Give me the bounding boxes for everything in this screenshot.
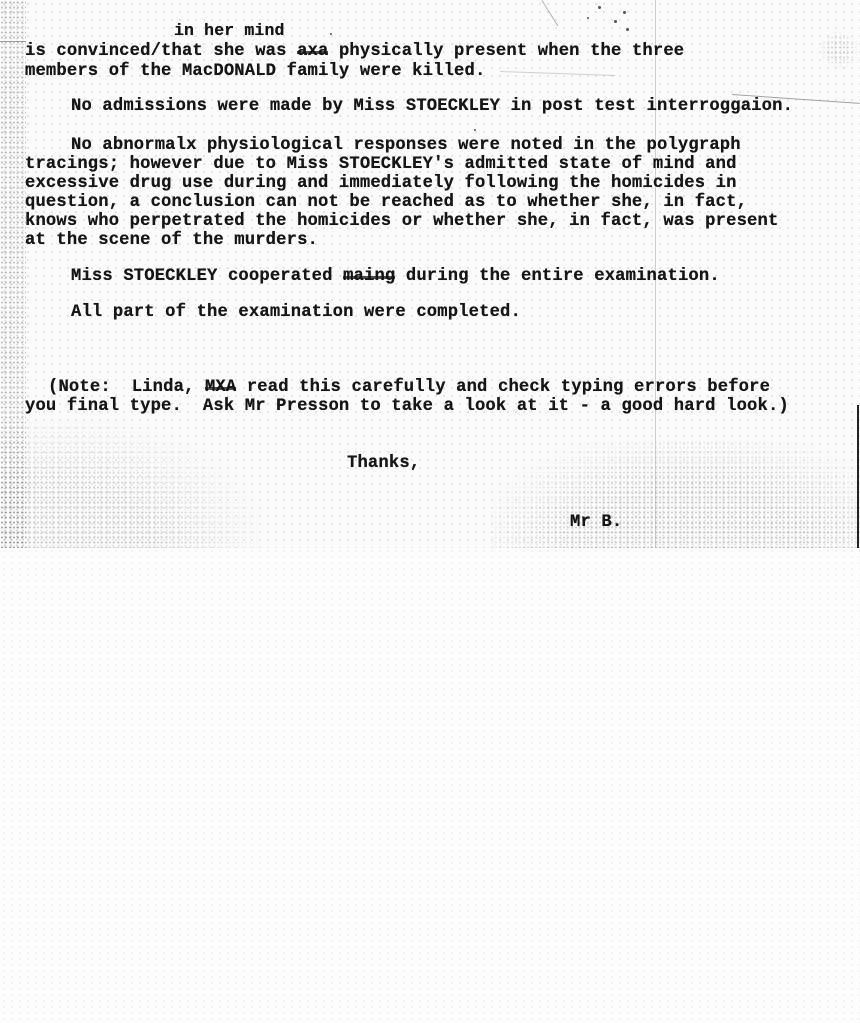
handwritten-insertion: in her mind [174, 23, 285, 40]
text: physically present when the three [328, 42, 684, 61]
bottom-left-smudge [0, 420, 260, 548]
top-right-smudge [818, 30, 860, 70]
left-edge-smudge [0, 0, 26, 548]
bottom-right-smudge [490, 440, 860, 548]
paragraph-3-line-6: at the scene of the murders. [25, 232, 318, 249]
signature: Mr B. [570, 514, 622, 531]
paragraph-3-line-2: tracings; however due to Miss STOECKLEY'… [25, 156, 737, 173]
text: (Note: Linda, [48, 378, 205, 397]
struck-text: axa [297, 43, 328, 60]
stray-scratch [542, 0, 559, 26]
blank-lower-area [0, 548, 860, 1023]
text: Miss STOECKLEY cooperated [71, 267, 343, 286]
note-line-2: you final type. Ask Mr Presson to take a… [25, 398, 789, 415]
note-line-1: (Note: Linda, MXA read this carefully an… [48, 379, 770, 396]
ink-speck [330, 33, 332, 35]
ink-speck [623, 11, 626, 14]
text: read this carefully and check typing err… [236, 378, 770, 397]
stray-scratch [500, 71, 615, 76]
text: is convinced/that she was [25, 42, 297, 61]
ink-speck [614, 20, 617, 23]
paragraph-3-line-5: knows who perpetrated the homicides or w… [25, 213, 778, 230]
margin-scratch [0, 41, 26, 42]
typed-memo-page: in her mind is convinced/that she was ax… [0, 0, 860, 548]
paragraph-5: All part of the examination were complet… [71, 304, 521, 321]
struck-text: maing [343, 268, 395, 285]
paragraph-3-line-4: question, a conclusion can not be reache… [25, 194, 747, 211]
closing: Thanks, [347, 455, 420, 472]
paragraph-1-line-1: is convinced/that she was axa physically… [25, 43, 684, 60]
paragraph-4: Miss STOECKLEY cooperated maing during t… [71, 268, 720, 285]
ink-speck [626, 28, 629, 31]
paragraph-1-line-2: members of the MacDONALD family were kil… [25, 63, 485, 80]
ink-speck [587, 17, 589, 19]
paragraph-3-line-1: No abnormalx physiological responses wer… [71, 137, 741, 154]
ink-speck [598, 6, 601, 9]
text: during the entire examination. [395, 267, 719, 286]
page-edge-line [857, 405, 859, 548]
paragraph-2: No admissions were made by Miss STOECKLE… [71, 98, 793, 115]
struck-text: MXA [205, 379, 236, 396]
ink-speck [474, 129, 476, 131]
paragraph-3-line-3: excessive drug use during and immediatel… [25, 175, 737, 192]
